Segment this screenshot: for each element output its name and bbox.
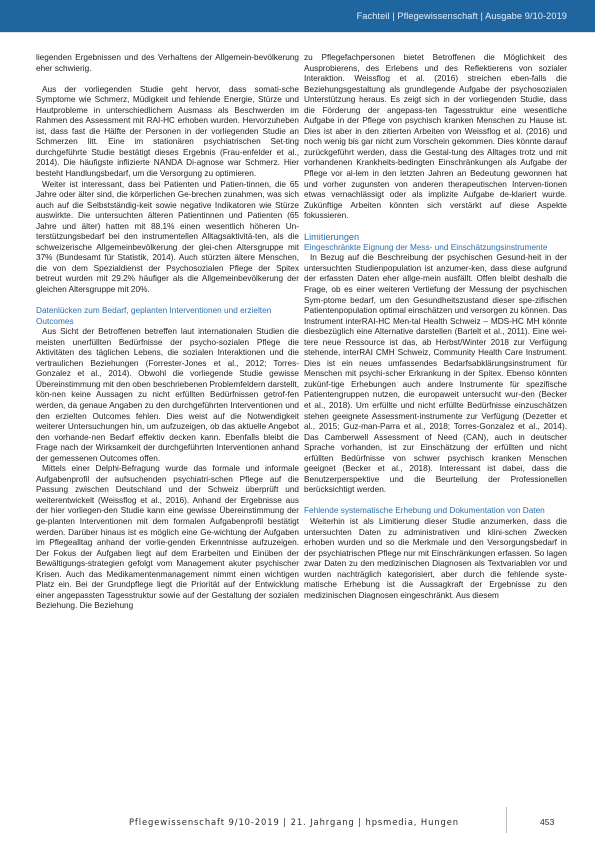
- body-paragraph: In Bezug auf die Beschreibung der psychi…: [304, 253, 567, 496]
- section-heading: Datenlücken zum Bedarf, geplanten Interv…: [36, 306, 299, 327]
- subsection-heading: Fehlende systematische Erhebung und Doku…: [304, 506, 567, 517]
- page-number: 453: [540, 817, 554, 827]
- footer-divider: [506, 807, 507, 833]
- body-paragraph: liegenden Ergebnissen und des Verhaltens…: [36, 53, 299, 74]
- subsection-heading: Eingeschränkte Eignung der Mess- und Ein…: [304, 243, 567, 254]
- page-footer: Pflegewissenschaft 9/10-2019 | 21. Jahrg…: [0, 815, 595, 835]
- running-title: Fachteil | Pflegewissenschaft | Ausgabe …: [357, 11, 567, 21]
- body-paragraph: Aus der vorliegenden Studie geht hervor,…: [36, 85, 299, 180]
- body-paragraph: Weiterhin ist als Limitierung dieser Stu…: [304, 517, 567, 601]
- body-paragraph: Aus Sicht der Betroffenen betreffen laut…: [36, 327, 299, 464]
- body-paragraph: Mittels einer Delphi-Befragung wurde das…: [36, 464, 299, 612]
- left-column: liegenden Ergebnissen und des Verhaltens…: [36, 53, 299, 612]
- header-bar: Fachteil | Pflegewissenschaft | Ausgabe …: [0, 0, 595, 32]
- right-column: zu Pflegefachpersonen bietet Betroffenen…: [304, 53, 567, 601]
- section-heading-limitierungen: Limitierungen: [304, 232, 567, 243]
- body-paragraph: Weiter ist interessant, dass bei Patient…: [36, 180, 299, 296]
- header-divider: [0, 32, 595, 33]
- body-paragraph: zu Pflegefachpersonen bietet Betroffenen…: [304, 53, 567, 222]
- journal-citation: Pflegewissenschaft 9/10-2019 | 21. Jahrg…: [129, 817, 459, 827]
